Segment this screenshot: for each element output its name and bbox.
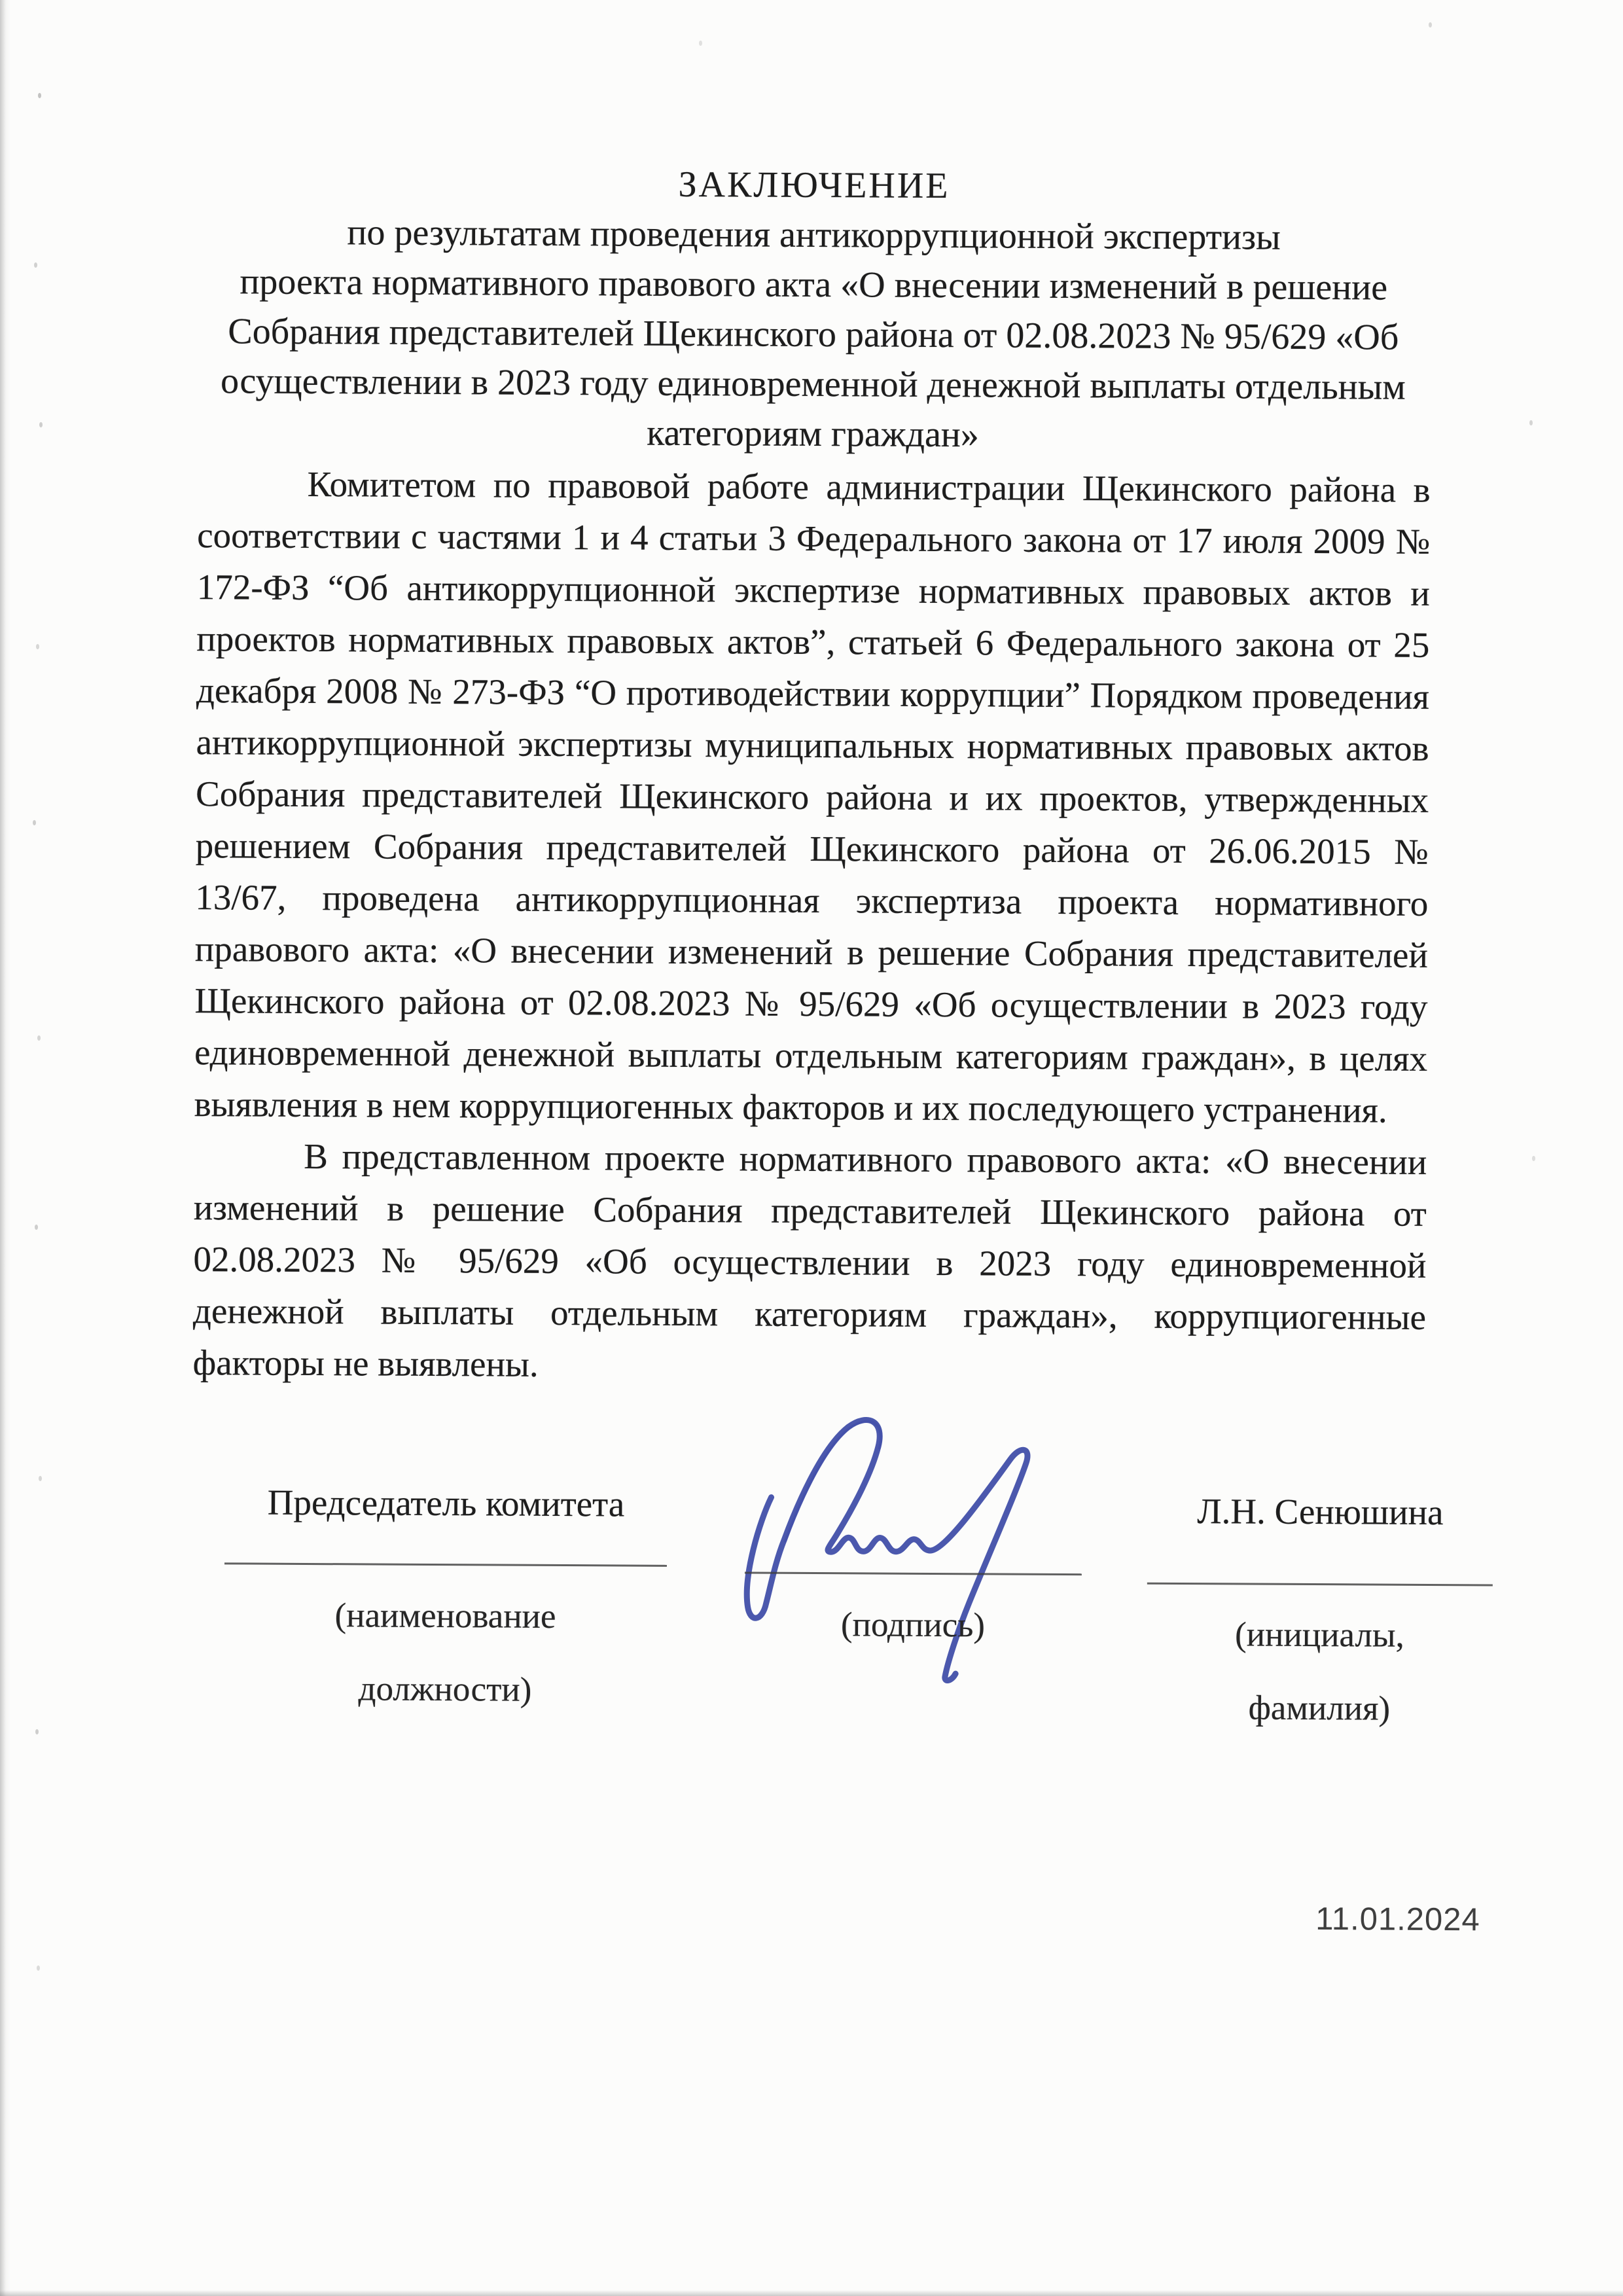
signature-position-column: Председатель комитета (наименование долж… <box>225 1481 668 1484</box>
signer-name: Л.Н. Сенюшина <box>1147 1490 1493 1534</box>
name-caption: (инициалы, фамилия) <box>1147 1598 1493 1746</box>
title-heading: ЗАКЛЮЧЕНИЕ <box>199 157 1429 213</box>
signature-name-column: Л.Н. Сенюшина (инициалы, фамилия) <box>1148 1486 1493 1488</box>
document-body: Комитетом по правовой работе администрац… <box>192 457 1430 1395</box>
position-underline <box>224 1562 667 1567</box>
title-subtitle-line: по результатам проведения антикоррупцион… <box>198 207 1429 263</box>
title-subtitle-rest: проекта нормативного правового акта «О в… <box>198 257 1429 462</box>
paragraph-expertise-basis: Комитетом по правовой работе администрац… <box>194 457 1430 1136</box>
paragraph-conclusion: В представленном проекте нормативного пр… <box>192 1130 1427 1395</box>
sign-caption-text: (подпись) <box>841 1588 986 1662</box>
signature-sign-column: (подпись) <box>745 1484 1082 1486</box>
document-title: ЗАКЛЮЧЕНИЕ по результатам проведения ант… <box>198 157 1429 462</box>
name-caption-text: (инициалы, фамилия) <box>1208 1598 1431 1746</box>
sign-caption: (подпись) <box>744 1587 1082 1662</box>
scan-noise-specks <box>0 0 3 5</box>
document-page: ЗАКЛЮЧЕНИЕ по результатам проведения ант… <box>0 0 1623 2296</box>
position-caption-text: (наименование должности) <box>301 1579 590 1727</box>
document-date: 11.01.2024 <box>1315 1901 1480 1938</box>
position-caption: (наименование должности) <box>224 1578 667 1727</box>
name-underline <box>1147 1583 1493 1587</box>
document-content: ЗАКЛЮЧЕНИЕ по результатам проведения ант… <box>0 0 1623 2296</box>
signer-position: Председатель комитета <box>224 1481 667 1525</box>
